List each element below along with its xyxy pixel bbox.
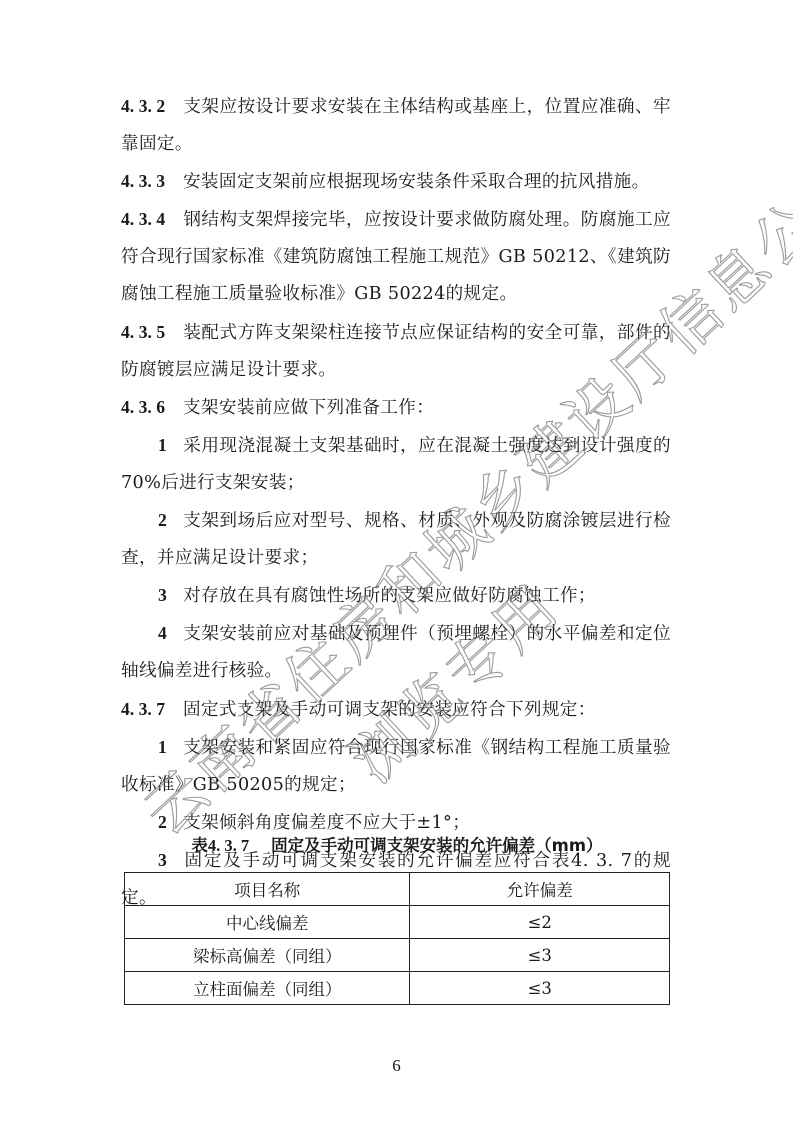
clause-4-3-6-item-2: 2支架到场后应对型号、规格、材质、外观及防腐涂镀层进行检查，并应满足设计要求； xyxy=(121,502,671,577)
item-text: 支架安装前应对基础及预埋件（预埋螺栓）的水平偏差和定位轴线偏差进行核验。 xyxy=(121,624,671,681)
table-row: 中心线偏差 ≤2 xyxy=(125,906,670,939)
header-item-name: 项目名称 xyxy=(125,873,410,906)
clause-number: 4. 3. 4 xyxy=(121,209,165,229)
document-page: 4. 3. 2支架应按设计要求安装在主体结构或基座上，位置应准确、牢靠固定。 4… xyxy=(0,0,793,1122)
cell-item-name: 中心线偏差 xyxy=(125,906,410,939)
clause-text: 固定式支架及手动可调支架的安装应符合下列规定： xyxy=(183,700,596,720)
clause-4-3-6-item-4: 4支架安装前应对基础及预埋件（预埋螺栓）的水平偏差和定位轴线偏差进行核验。 xyxy=(121,615,671,690)
cell-deviation: ≤2 xyxy=(410,906,670,939)
cell-item-name: 立柱面偏差（同组） xyxy=(125,972,410,1005)
page-number: 6 xyxy=(0,1056,793,1076)
table-row: 梁标高偏差（同组） ≤3 xyxy=(125,939,670,972)
item-text: 支架安装和紧固应符合现行国家标准《钢结构工程施工质量验收标准》GB 50205的… xyxy=(121,738,671,795)
item-text: 支架倾斜角度偏差度不应大于±1°； xyxy=(183,813,470,833)
item-number: 2 xyxy=(158,812,167,832)
table-caption: 表4. 3. 7固定及手动可调支架安装的允许偏差（mm） xyxy=(124,834,670,858)
clause-text: 支架安装前应做下列准备工作： xyxy=(183,398,434,418)
clause-4-3-6-item-1: 1采用现浇混凝土支架基础时，应在混凝土强度达到设计强度的70%后进行支架安装； xyxy=(121,427,671,502)
clause-4-3-2: 4. 3. 2支架应按设计要求安装在主体结构或基座上，位置应准确、牢靠固定。 xyxy=(121,88,671,163)
item-number: 4 xyxy=(158,623,167,643)
item-text: 采用现浇混凝土支架基础时，应在混凝土强度达到设计强度的70%后进行支架安装； xyxy=(121,436,671,493)
clause-4-3-4: 4. 3. 4钢结构支架焊接完毕，应按设计要求做防腐处理。防腐施工应符合现行国家… xyxy=(121,201,671,313)
item-number: 3 xyxy=(158,585,167,605)
clause-number: 4. 3. 6 xyxy=(121,397,165,417)
clause-number: 4. 3. 7 xyxy=(121,699,165,719)
item-text: 支架到场后应对型号、规格、材质、外观及防腐涂镀层进行检查，并应满足设计要求； xyxy=(121,511,671,568)
table-row: 立柱面偏差（同组） ≤3 xyxy=(125,972,670,1005)
item-number: 1 xyxy=(158,435,167,455)
item-number: 1 xyxy=(158,737,167,757)
clause-4-3-5: 4. 3. 5装配式方阵支架梁柱连接节点应保证结构的安全可靠，部件的防腐镀层应满… xyxy=(121,314,671,389)
clause-text: 安装固定支架前应根据现场安装条件采取合理的抗风措施。 xyxy=(183,172,650,192)
clause-number: 4. 3. 5 xyxy=(121,322,165,342)
clause-4-3-6: 4. 3. 6支架安装前应做下列准备工作： xyxy=(121,389,671,427)
table-header-row: 项目名称 允许偏差 xyxy=(125,873,670,906)
clause-number: 4. 3. 2 xyxy=(121,96,165,116)
table-title: 固定及手动可调支架安装的允许偏差（mm） xyxy=(271,836,602,855)
clause-4-3-6-item-3: 3对存放在具有腐蚀性场所的支架应做好防腐蚀工作； xyxy=(121,577,671,615)
item-number: 2 xyxy=(158,510,167,530)
body-text: 4. 3. 2支架应按设计要求安装在主体结构或基座上，位置应准确、牢靠固定。 4… xyxy=(121,88,671,917)
table-number: 表4. 3. 7 xyxy=(191,836,249,855)
clause-text: 支架应按设计要求安装在主体结构或基座上，位置应准确、牢靠固定。 xyxy=(121,97,671,154)
clause-number: 4. 3. 3 xyxy=(121,171,165,191)
cell-deviation: ≤3 xyxy=(410,939,670,972)
clause-4-3-7: 4. 3. 7固定式支架及手动可调支架的安装应符合下列规定： xyxy=(121,691,671,729)
clause-4-3-3: 4. 3. 3安装固定支架前应根据现场安装条件采取合理的抗风措施。 xyxy=(121,163,671,201)
cell-item-name: 梁标高偏差（同组） xyxy=(125,939,410,972)
item-text: 对存放在具有腐蚀性场所的支架应做好防腐蚀工作； xyxy=(183,586,596,606)
clause-text: 钢结构支架焊接完毕，应按设计要求做防腐处理。防腐施工应符合现行国家标准《建筑防腐… xyxy=(121,210,671,304)
tolerance-table: 项目名称 允许偏差 中心线偏差 ≤2 梁标高偏差（同组） ≤3 立柱面偏差（同组… xyxy=(124,872,670,1005)
header-allowed-deviation: 允许偏差 xyxy=(410,873,670,906)
clause-4-3-7-item-1: 1支架安装和紧固应符合现行国家标准《钢结构工程施工质量验收标准》GB 50205… xyxy=(121,729,671,804)
cell-deviation: ≤3 xyxy=(410,972,670,1005)
clause-text: 装配式方阵支架梁柱连接节点应保证结构的安全可靠，部件的防腐镀层应满足设计要求。 xyxy=(121,323,671,380)
